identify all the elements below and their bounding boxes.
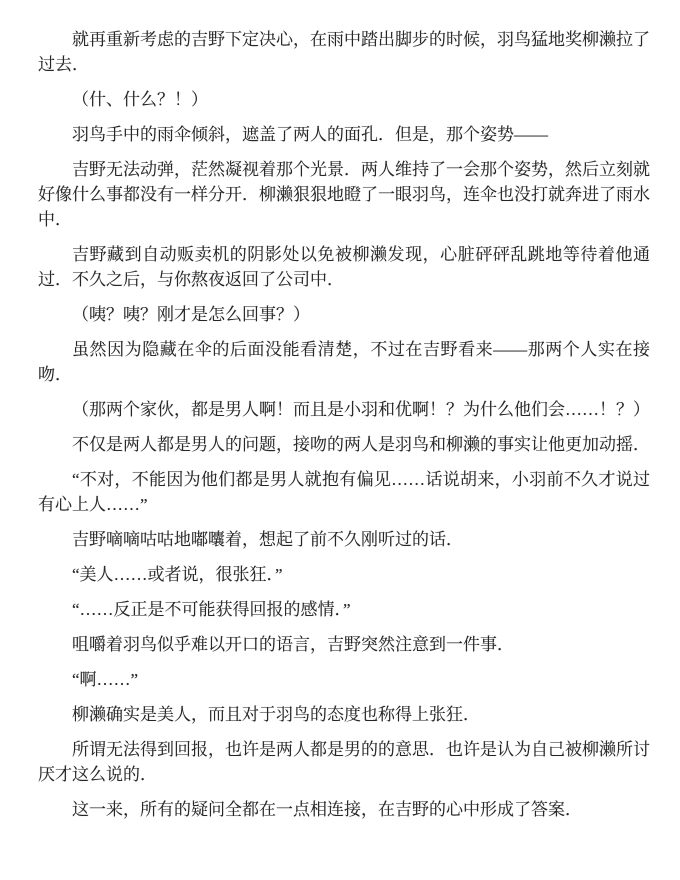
paragraph: “不对，不能因为他们都是男人就抱有偏见……话说胡来，小羽前不久才说过有心上人……… bbox=[38, 467, 650, 517]
paragraph: 所谓无法得到回报，也许是两人都是男的的意思．也许是认为自己被柳濑所讨厌才这么说的… bbox=[38, 737, 650, 787]
paragraph: 吉野藏到自动贩卖机的阴影处以免被柳濑发现，心脏砰砰乱跳地等待着他通过．不久之后，… bbox=[38, 242, 650, 292]
paragraph: “啊……” bbox=[38, 667, 650, 692]
paragraph: “……反正是不可能获得回报的感情．” bbox=[38, 597, 650, 622]
paragraph: 吉野无法动弹，茫然凝视着那个光景．两人维持了一会那个姿势，然后立刻就好像什么事都… bbox=[38, 157, 650, 232]
paragraph: （什、什么？！） bbox=[38, 87, 650, 112]
paragraph: 虽然因为隐藏在伞的后面没能看清楚，不过在吉野看来——那两个人实在接吻． bbox=[38, 337, 650, 387]
paragraph: “美人……或者说，很张狂．” bbox=[38, 562, 650, 587]
paragraph: 咀嚼着羽鸟似乎难以开口的语言，吉野突然注意到一件事． bbox=[38, 632, 650, 657]
paragraph: 柳濑确实是美人，而且对于羽鸟的态度也称得上张狂． bbox=[38, 702, 650, 727]
paragraph: 这一来，所有的疑问全都在一点相连接，在吉野的心中形成了答案． bbox=[38, 797, 650, 822]
paragraph: 羽鸟手中的雨伞倾斜，遮盖了两人的面孔．但是，那个姿势—— bbox=[38, 122, 650, 147]
document-page: 就再重新考虑的吉野下定决心，在雨中踏出脚步的时候，羽鸟猛地奖柳濑拉了过去． （什… bbox=[0, 0, 680, 880]
paragraph: 就再重新考虑的吉野下定决心，在雨中踏出脚步的时候，羽鸟猛地奖柳濑拉了过去． bbox=[38, 27, 650, 77]
paragraph: 吉野嘀嘀咕咕地嘟囔着，想起了前不久刚听过的话． bbox=[38, 527, 650, 552]
paragraph: （咦？咦？刚才是怎么回事？） bbox=[38, 302, 650, 327]
paragraph: （那两个家伙，都是男人啊！而且是小羽和优啊！？为什么他们会……！？） bbox=[38, 397, 650, 422]
paragraph: 不仅是两人都是男人的问题，接吻的两人是羽鸟和柳濑的事实让他更加动摇． bbox=[38, 432, 650, 457]
